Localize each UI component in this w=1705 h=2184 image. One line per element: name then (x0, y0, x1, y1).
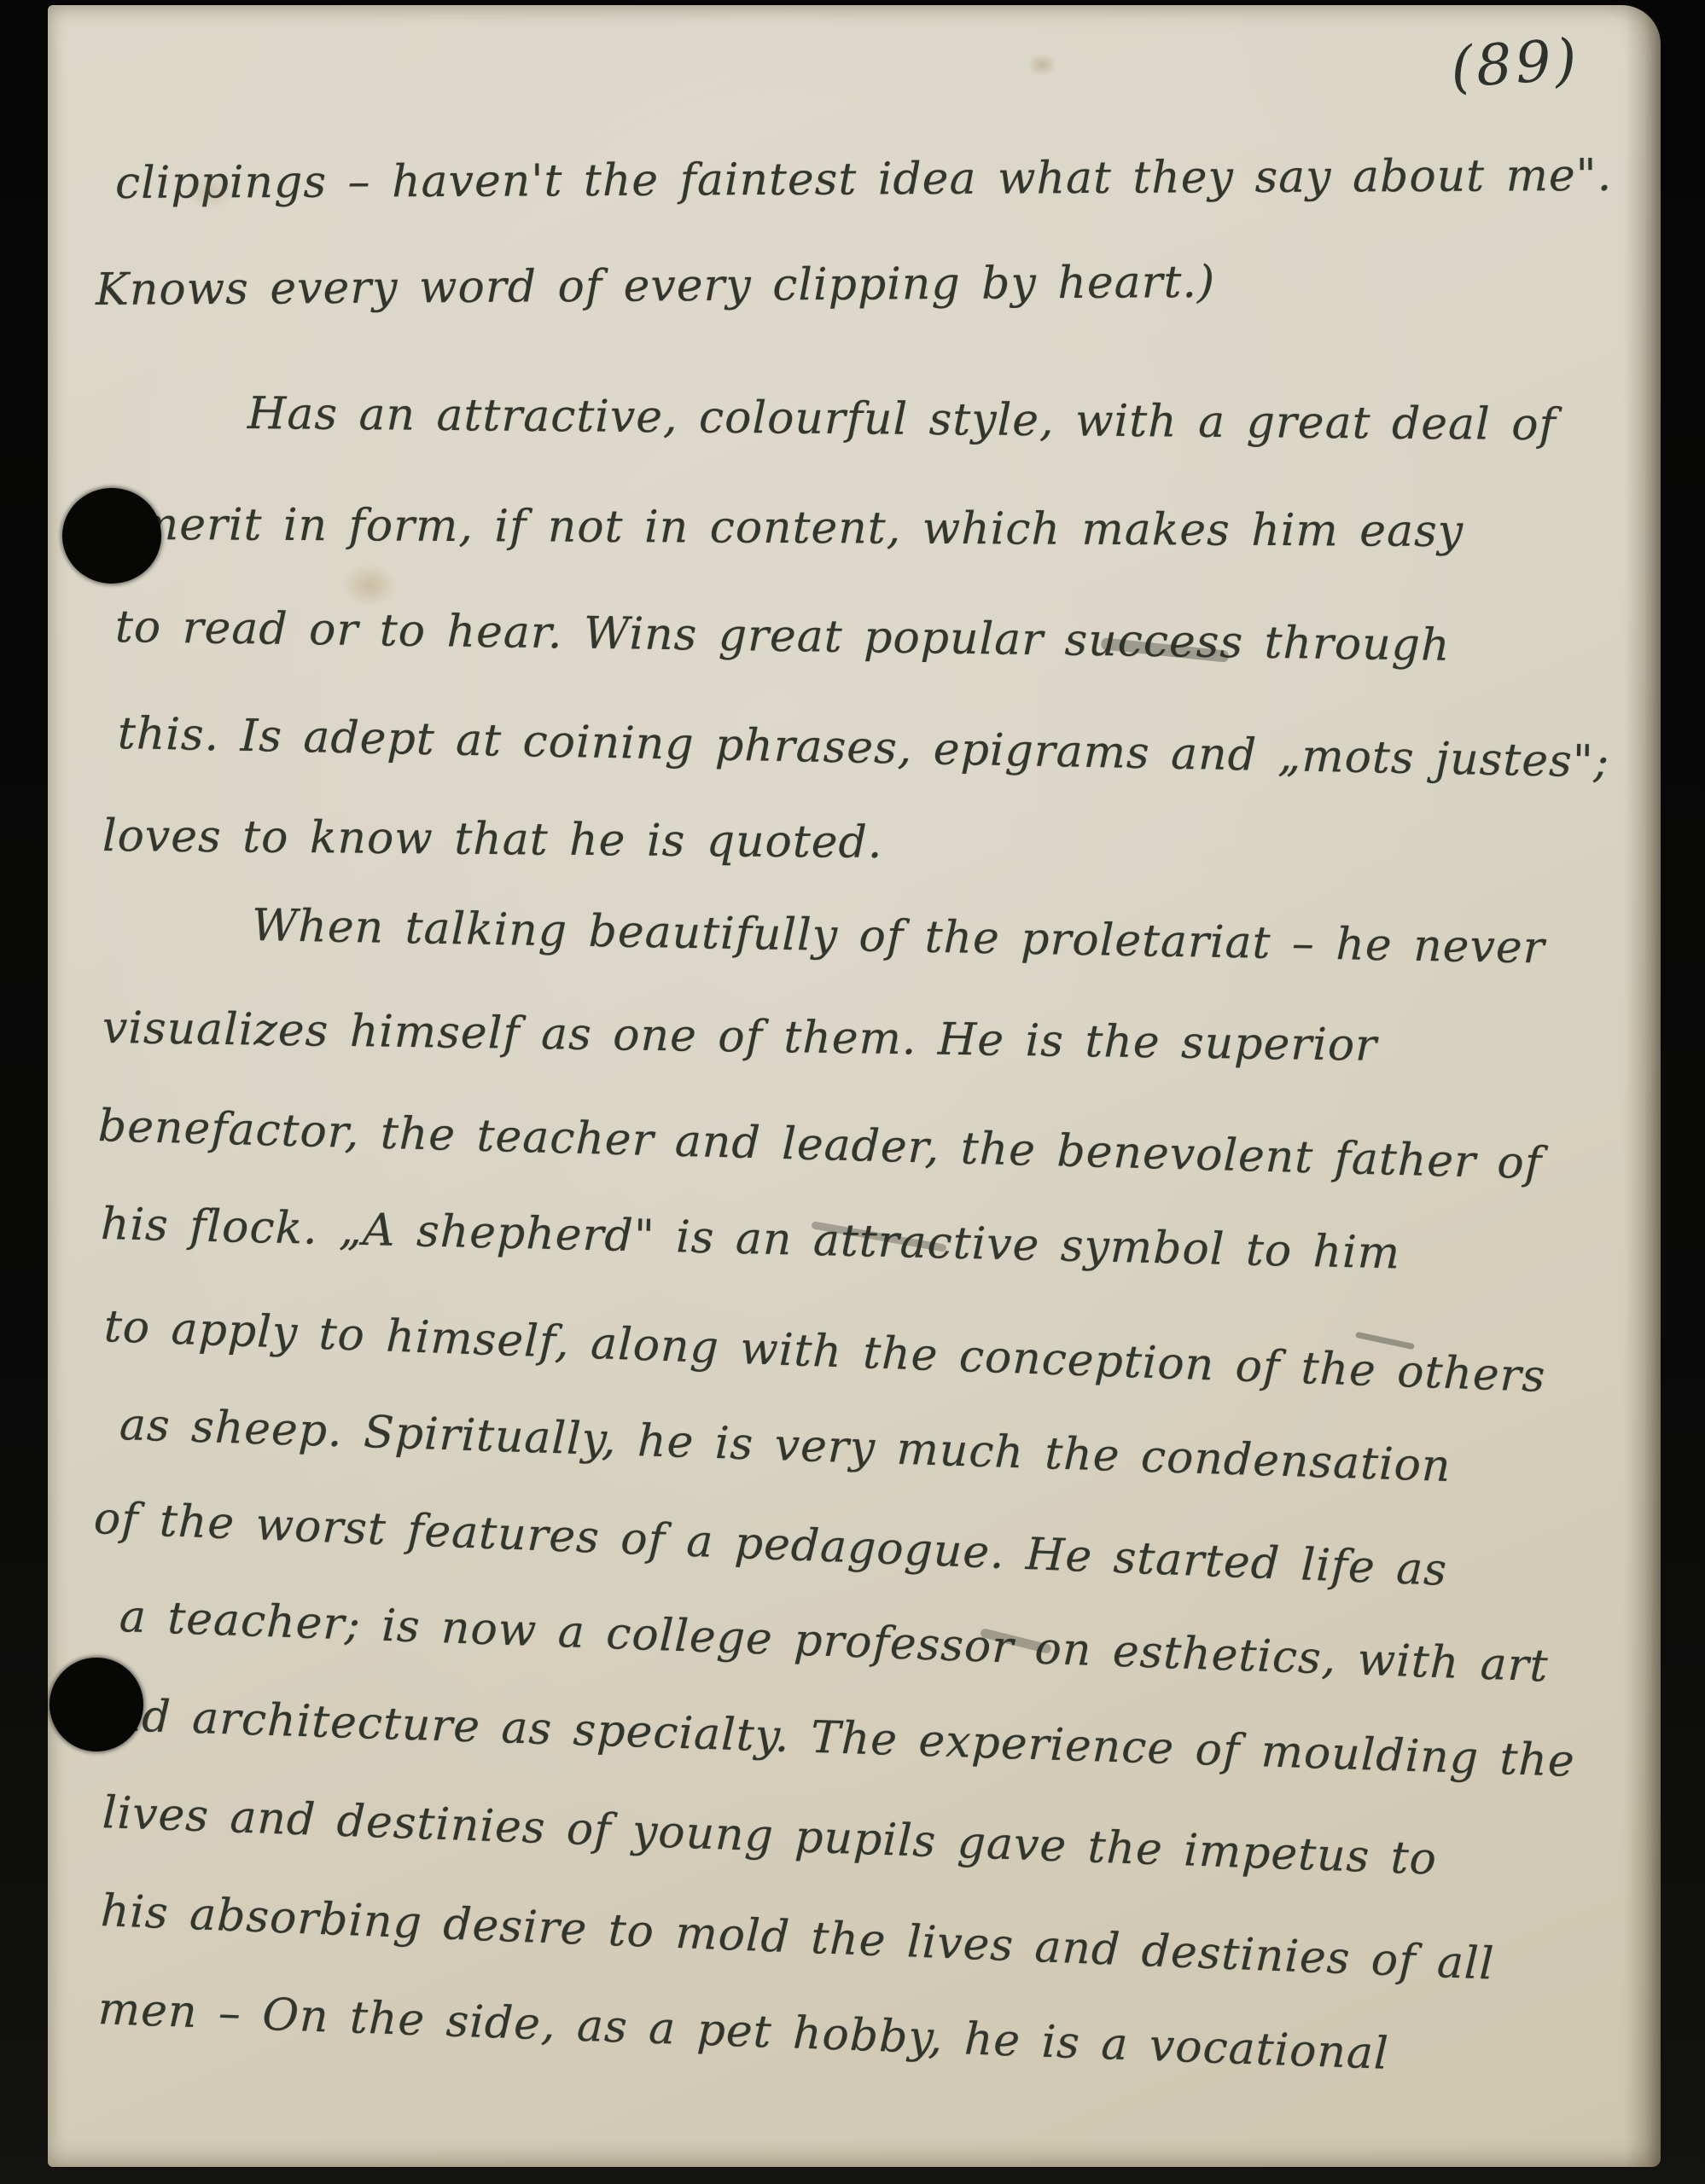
scan-background: (89) clippings – haven't the faintest id… (0, 0, 1705, 2184)
manuscript-line-1: clippings – haven't the faintest idea wh… (115, 150, 1612, 209)
manuscript-line-19: men – On the side, as a pet hobby, he is… (97, 1984, 1390, 2080)
manuscript-line-6: this. Is adept at coining phrases, epigr… (117, 708, 1609, 788)
manuscript-line-9: visualizes himself as one of them. He is… (102, 1002, 1378, 1072)
manuscript-line-10: benefactor, the teacher and leader, the … (97, 1101, 1543, 1189)
manuscript-page: (89) clippings – haven't the faintest id… (48, 5, 1661, 2167)
manuscript-line-7: loves to know that he is quoted. (102, 810, 883, 868)
manuscript-line-5: to read or to hear. Wins great popular s… (115, 601, 1451, 671)
manuscript-line-18: his absorbing desire to mold the lives a… (100, 1885, 1495, 1990)
paper-stain-1 (341, 563, 398, 607)
manuscript-line-16: and architecture as specialty. The exper… (84, 1689, 1576, 1787)
manuscript-line-14: of the worst features of a pedagogue. He… (93, 1493, 1448, 1596)
manuscript-line-2: Knows every word of every clipping by he… (96, 257, 1216, 316)
manuscript-line-13: as sheep. Spiritually, he is very much t… (119, 1399, 1452, 1492)
manuscript-line-17: lives and destinies of young pupils gave… (102, 1787, 1438, 1885)
manuscript-line-15: a teacher; is now a college professor on… (119, 1591, 1550, 1692)
manuscript-line-8: When talking beautifully of the proletar… (251, 900, 1545, 973)
manuscript-line-3: Has an attractive, colourful style, with… (247, 388, 1557, 450)
manuscript-line-4: merit in form, if not in content, which … (137, 499, 1464, 557)
manuscript-line-12: to apply to himself, along with the conc… (103, 1301, 1546, 1403)
page-number: (89) (1448, 26, 1581, 101)
hole-punch-top (62, 488, 161, 584)
manuscript-line-11: his flock. „A shepherd" is an attractive… (100, 1199, 1400, 1280)
hole-punch-bottom (49, 1658, 143, 1751)
paper-stain-2 (1027, 53, 1056, 77)
